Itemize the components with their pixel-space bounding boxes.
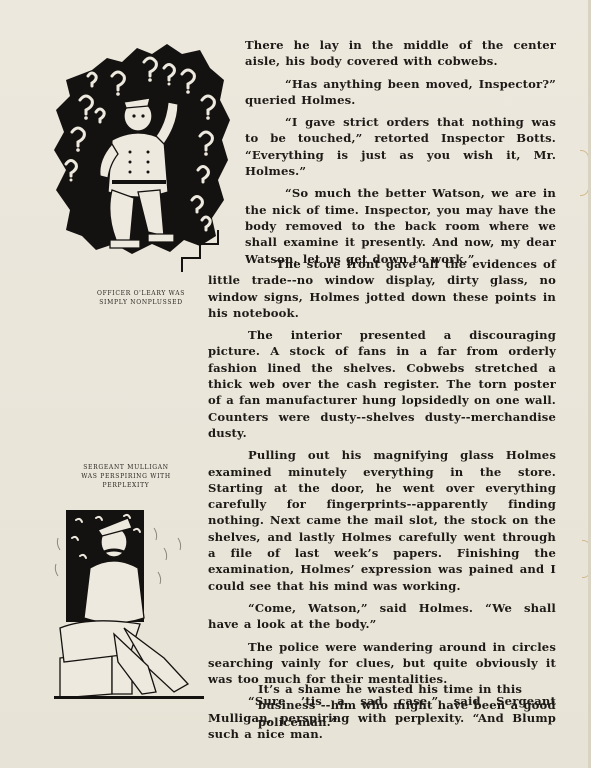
sergeant-mulligan-illustration (54, 508, 234, 703)
caption-officer-oleary: OFFICER O'LEARY WAS SIMPLY NONPLUSSED (66, 289, 216, 307)
paragraph: “Has anything been moved, Inspector?” qu… (245, 76, 556, 109)
paragraph: The store front gave all the evidences o… (208, 256, 556, 321)
paragraph: “Come, Watson,” said Holmes. “We shall h… (208, 600, 556, 633)
document-page: OFFICER O'LEARY WAS SIMPLY NONPLUSSED SE… (0, 0, 591, 768)
binding-mark (580, 150, 589, 196)
paragraph: “So much the better Watson, we are in th… (245, 185, 556, 266)
paragraph: The interior presented a discouraging pi… (208, 327, 556, 441)
caption-line: SIMPLY NONPLUSSED (66, 298, 216, 307)
paragraph: “I gave strict orders that nothing was t… (245, 114, 556, 179)
body-text-closing: It’s a shame he wasted his time in this … (258, 681, 556, 730)
paragraph: There he lay in the middle of the center… (245, 37, 556, 70)
binding-mark (582, 540, 591, 578)
body-text-upper: There he lay in the middle of the center… (245, 37, 556, 267)
body-text-lower: The store front gave all the evidences o… (208, 256, 556, 742)
caption-line: SERGEANT MULLIGAN (56, 463, 196, 472)
paragraph: It’s a shame he wasted his time in this … (258, 681, 556, 730)
caption-line: OFFICER O'LEARY WAS (66, 289, 216, 298)
paragraph: Pulling out his magnifying glass Holmes … (208, 447, 556, 594)
caption-line: WAS PERSPIRING WITH (56, 472, 196, 481)
caption-line: PERPLEXITY (56, 481, 196, 490)
caption-sergeant-mulligan: SERGEANT MULLIGAN WAS PERSPIRING WITH PE… (56, 463, 196, 490)
officer-oleary-illustration (52, 40, 232, 272)
